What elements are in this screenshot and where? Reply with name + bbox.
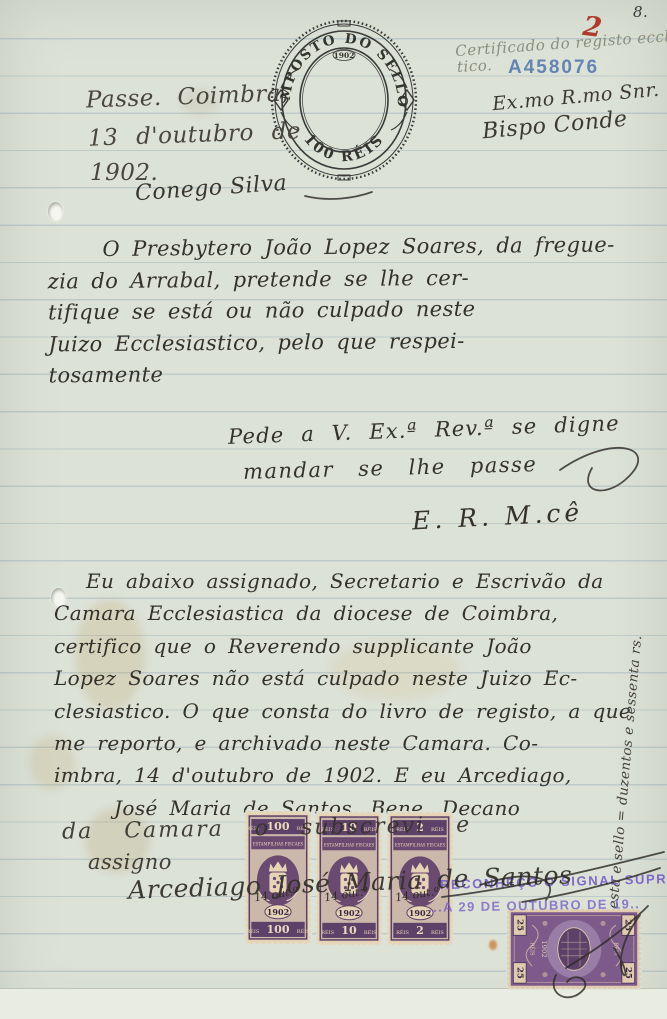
stamp-title: ESTAMPILHAS FISCAES: [395, 842, 445, 848]
certificate-paragraph: Eu abaixo assignado, Secretario e Escriv…: [54, 565, 631, 824]
stamp-year: 1902: [267, 907, 289, 917]
certificate-line: me reporto, e archivado neste Camara. Co…: [54, 727, 631, 759]
page-number: 8.: [633, 3, 648, 21]
seal-year: 1902: [334, 51, 355, 60]
stamp-title: ESTAMPILHAS FISCAES: [253, 841, 303, 847]
stamp-title: ESTAMPILHAS FISCAES: [324, 842, 374, 848]
petition-line: tosamente: [48, 356, 615, 392]
request-line: mandar se lhe passe: [243, 452, 538, 484]
tax-seal-icon: IMPOSTO DO SELLO 100 RÉIS 1902: [268, 18, 420, 183]
side-fiscal-stamp: 25 25 25 25 RÉIS RÉIS 1902: [498, 908, 650, 990]
courtesy-formula: E. R. M.cê: [411, 498, 583, 536]
svg-text:25: 25: [514, 919, 524, 931]
svg-text:RÉIS: RÉIS: [612, 942, 620, 956]
document-page: 8. 2 IMPOSTO DO SELLO 100 RÉIS 1902 Cert…: [0, 0, 667, 1019]
petition-line: tifique se está ou não culpado neste: [48, 293, 615, 329]
svg-text:25: 25: [514, 967, 524, 979]
certificate-line: Camara Ecclesiastica da diocese de Coimb…: [54, 597, 631, 629]
stamp-year: 1902: [338, 908, 360, 918]
certificate-line: imbra, 14 d'outubro de 1902. E eu Arcedi…: [54, 759, 631, 791]
certificate-line: clesiastico. O que consta do livro de re…: [54, 695, 631, 727]
punch-hole: [48, 202, 63, 221]
svg-text:25: 25: [623, 919, 633, 931]
addressee-note: Ex.mo R.mo Snr.: [491, 79, 660, 116]
svg-text:25: 25: [623, 967, 633, 979]
request-line: Pede a V. Ex.ª Rev.ª se digne: [228, 411, 620, 449]
registry-note: Certificado do registo ecclesias-: [455, 24, 667, 60]
petition-paragraph: O Presbytero João Lopez Soares, da fregu…: [47, 230, 616, 392]
petition-line: Juizo Ecclesiastico, pelo que respei-: [48, 324, 615, 360]
certificate-line: Lopez Soares não está culpado neste Juiz…: [54, 662, 631, 694]
svg-text:RÉIS: RÉIS: [529, 942, 537, 956]
petition-line: zia do Arrabal, pretende se lhe cer-: [48, 261, 615, 297]
stain: [489, 940, 497, 950]
serial-number-stamp: A458076: [508, 57, 599, 79]
certificate-line: certifico que o Reverendo supplicante Jo…: [54, 630, 631, 662]
dispatch-date-line: Passe. Coimbra,: [86, 80, 290, 113]
certificate-line: Eu abaixo assignado, Secretario e Escriv…: [54, 565, 631, 597]
scan-edge: [0, 988, 667, 1019]
seal-title: IMPOSTO DO SELLO: [268, 18, 410, 109]
svg-text:IMPOSTO DO SELLO: IMPOSTO DO SELLO: [268, 18, 410, 109]
closing-line: assigno: [88, 850, 172, 874]
svg-text:1902: 1902: [540, 940, 548, 957]
petition-line: O Presbytero João Lopez Soares, da fregu…: [47, 230, 614, 266]
registry-note: tico.: [457, 56, 493, 76]
